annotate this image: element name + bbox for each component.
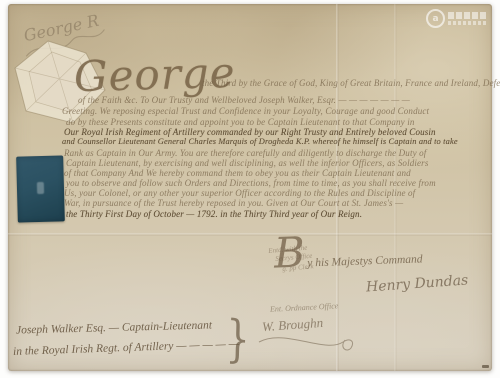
watermark-text-bars — [448, 12, 488, 25]
manuscript-line: you to observe and follow such Orders an… — [66, 178, 436, 188]
docket-line-2: in the Royal Irish Regt. of Artillery — … — [13, 338, 239, 358]
watermark: a — [426, 9, 488, 28]
parchment-document: a George R George the Third by the Grace… — [8, 4, 492, 371]
docket-brace: } — [225, 309, 250, 368]
manuscript-line: War, in pursuance of the Trust hereby re… — [64, 198, 403, 208]
manuscript-line: and Counsellor Lieutenant General Charle… — [62, 137, 458, 146]
blue-revenue-stamp — [16, 155, 65, 222]
heading-george: George — [73, 48, 236, 101]
stamp-embossed-mark — [37, 182, 44, 194]
manuscript-line: Rank as Captain in Our Army. You are the… — [64, 148, 426, 158]
manuscript-line: the Thirty First Day of October — 1792. … — [66, 209, 362, 219]
manuscript-line: of the Faith &c. To Our Trusty and Wellb… — [78, 95, 410, 105]
countersignature: Henry Dundas — [366, 272, 469, 295]
paper-corner-speck — [482, 365, 489, 368]
watermark-symbol: a — [432, 14, 438, 24]
manuscript-line: Our Royal Irish Regiment of Artillery co… — [64, 127, 436, 137]
watermark-logo-icon: a — [426, 9, 445, 28]
manuscript-line: the Third by the Grace of God, King of G… — [202, 78, 500, 88]
document-photo: a George R George the Third by the Grace… — [0, 0, 500, 378]
manuscript-line: Captain Lieutenant, by exercising and we… — [66, 158, 429, 168]
by-command-script: By his Majestys Command — [273, 223, 423, 277]
manuscript-line: do by these Presents constitute and appo… — [66, 117, 415, 127]
manuscript-line: Us, your Colonel, or any other your supe… — [64, 188, 415, 198]
signature-flourish — [255, 332, 359, 352]
ordnance-entry-line: Ent. Ordnance Office — [270, 301, 339, 314]
manuscript-line: of that Company And We hereby command th… — [64, 168, 411, 178]
docket-line-1: Joseph Walker Esq. — Captain-Lieutenant — [16, 319, 212, 336]
manuscript-line: Greeting. We reposing especial Trust and… — [62, 106, 429, 116]
